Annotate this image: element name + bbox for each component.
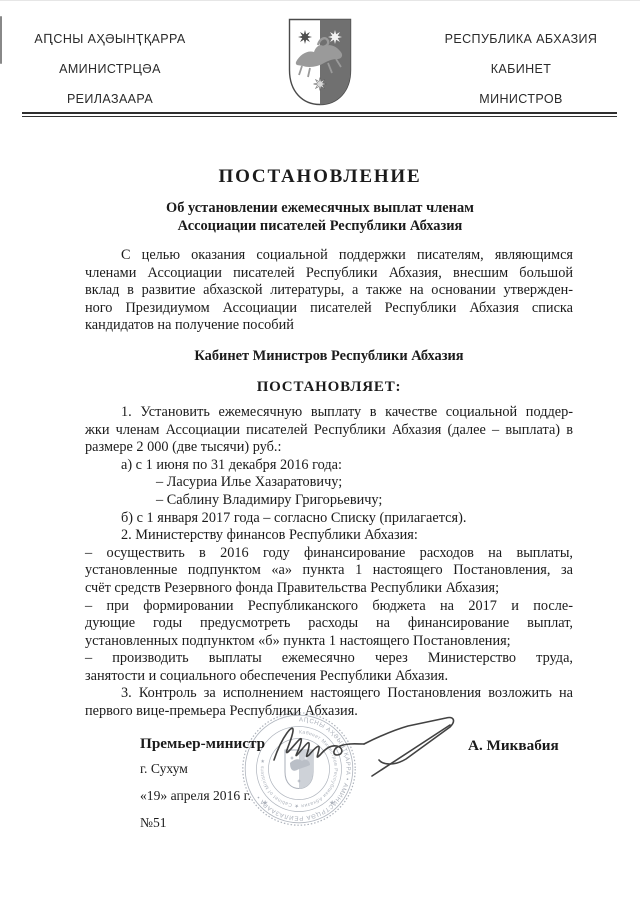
scan-edge-top [0,0,640,1]
subject-line: Ассоциации писателей Республики Абхазия [0,218,640,236]
text-line: вклад в развитие абхазской литературы, а… [85,282,573,300]
text-line: – осуществить в 2016 году финансирование… [85,545,573,563]
text-line: б) с 1 января 2017 года – согласно Списк… [85,510,573,528]
resolution-points: 1. Установить ежемесячную выплату в каче… [85,404,573,721]
letterhead-line: РЕИЛАЗААРА [22,84,198,114]
text-line: жки членам Ассоциации писателей Республи… [85,422,573,440]
text-line: занятости и социального обеспечения Респ… [85,668,573,686]
signatory-post: Премьер-министр [140,735,265,753]
star-icon [314,78,327,91]
text-line: установленные подпунктом «а» пункта 1 на… [85,562,573,580]
resolves-heading: ПОСТАНОВЛЯЕТ: [85,378,573,397]
text-line: кандидатов на получение пособий [85,317,573,335]
authority-heading: Кабинет Министров Республики Абхазия [85,347,573,365]
decree-number: №51 [140,815,167,831]
text-line: – при формировании Республиканского бюдж… [85,598,573,616]
letterhead-line: АԤСНЫ АҲӘЫНҬҚАРРА [22,24,198,54]
text-line: 3. Контроль за исполнением настоящего По… [85,685,573,703]
issue-place: г. Сухум [140,761,188,777]
issue-date: «19» апреля 2016 г. [140,788,251,804]
letterhead-line: РЕСПУБЛИКА АБХАЗИЯ [433,24,609,54]
star-icon [298,30,312,44]
text-line: ного Президиумом Ассоциации писателей Ре… [85,300,573,318]
document-body: С целью оказания социальной поддержки пи… [85,247,573,721]
text-line: – Ласуриа Илье Хазаратовичу; [85,474,573,492]
preamble: С целью оказания социальной поддержки пи… [85,247,573,335]
text-line: дующие годы предусмотреть расходы на фин… [85,615,573,633]
decree-document-page: АԤСНЫ АҲӘЫНҬҚАРРА АМИНИСТРЦӘА РЕИЛАЗААРА… [0,0,640,905]
text-line: а) с 1 июня по 31 декабря 2016 года: [85,457,573,475]
letterhead-abkhaz: АԤСНЫ АҲӘЫНҬҚАРРА АМИНИСТРЦӘА РЕИЛАЗААРА [22,24,198,114]
star-icon [328,30,342,44]
text-line: 1. Установить ежемесячную выплату в каче… [85,404,573,422]
subject-line: Об установлении ежемесячных выплат члена… [0,200,640,218]
signatory-name: А. Миквабия [468,737,559,755]
letterhead-russian: РЕСПУБЛИКА АБХАЗИЯ КАБИНЕТ МИНИСТРОВ [433,24,609,114]
text-line: – производить выплаты ежемесячно через М… [85,650,573,668]
letterhead-divider [22,112,617,117]
scan-edge-left [0,16,2,64]
document-title: ПОСТАНОВЛЕНИЕ [0,166,640,188]
letterhead-line: КАБИНЕТ [433,54,609,84]
text-line: С целью оказания социальной поддержки пи… [85,247,573,265]
text-line: – Саблину Владимиру Григорьевичу; [85,492,573,510]
text-line: установленных подпунктом «б» пункта 1 на… [85,633,573,651]
text-line: счёт средств Резервного фонда Правительс… [85,580,573,598]
letterhead-line: МИНИСТРОВ [433,84,609,114]
document-subject: Об установлении ежемесячных выплат члена… [0,200,640,235]
handwritten-signature [260,704,460,784]
stamp-star: ★ [262,799,268,807]
stamp-star: ★ [329,799,335,807]
text-line: членами Ассоциации писателей Республики … [85,265,573,283]
letterhead-line: АМИНИСТРЦӘА [22,54,198,84]
text-line: 2. Министерству финансов Республики Абха… [85,527,573,545]
coat-of-arms-icon [288,18,352,106]
text-line: размере 2 000 (две тысячи) руб.: [85,439,573,457]
